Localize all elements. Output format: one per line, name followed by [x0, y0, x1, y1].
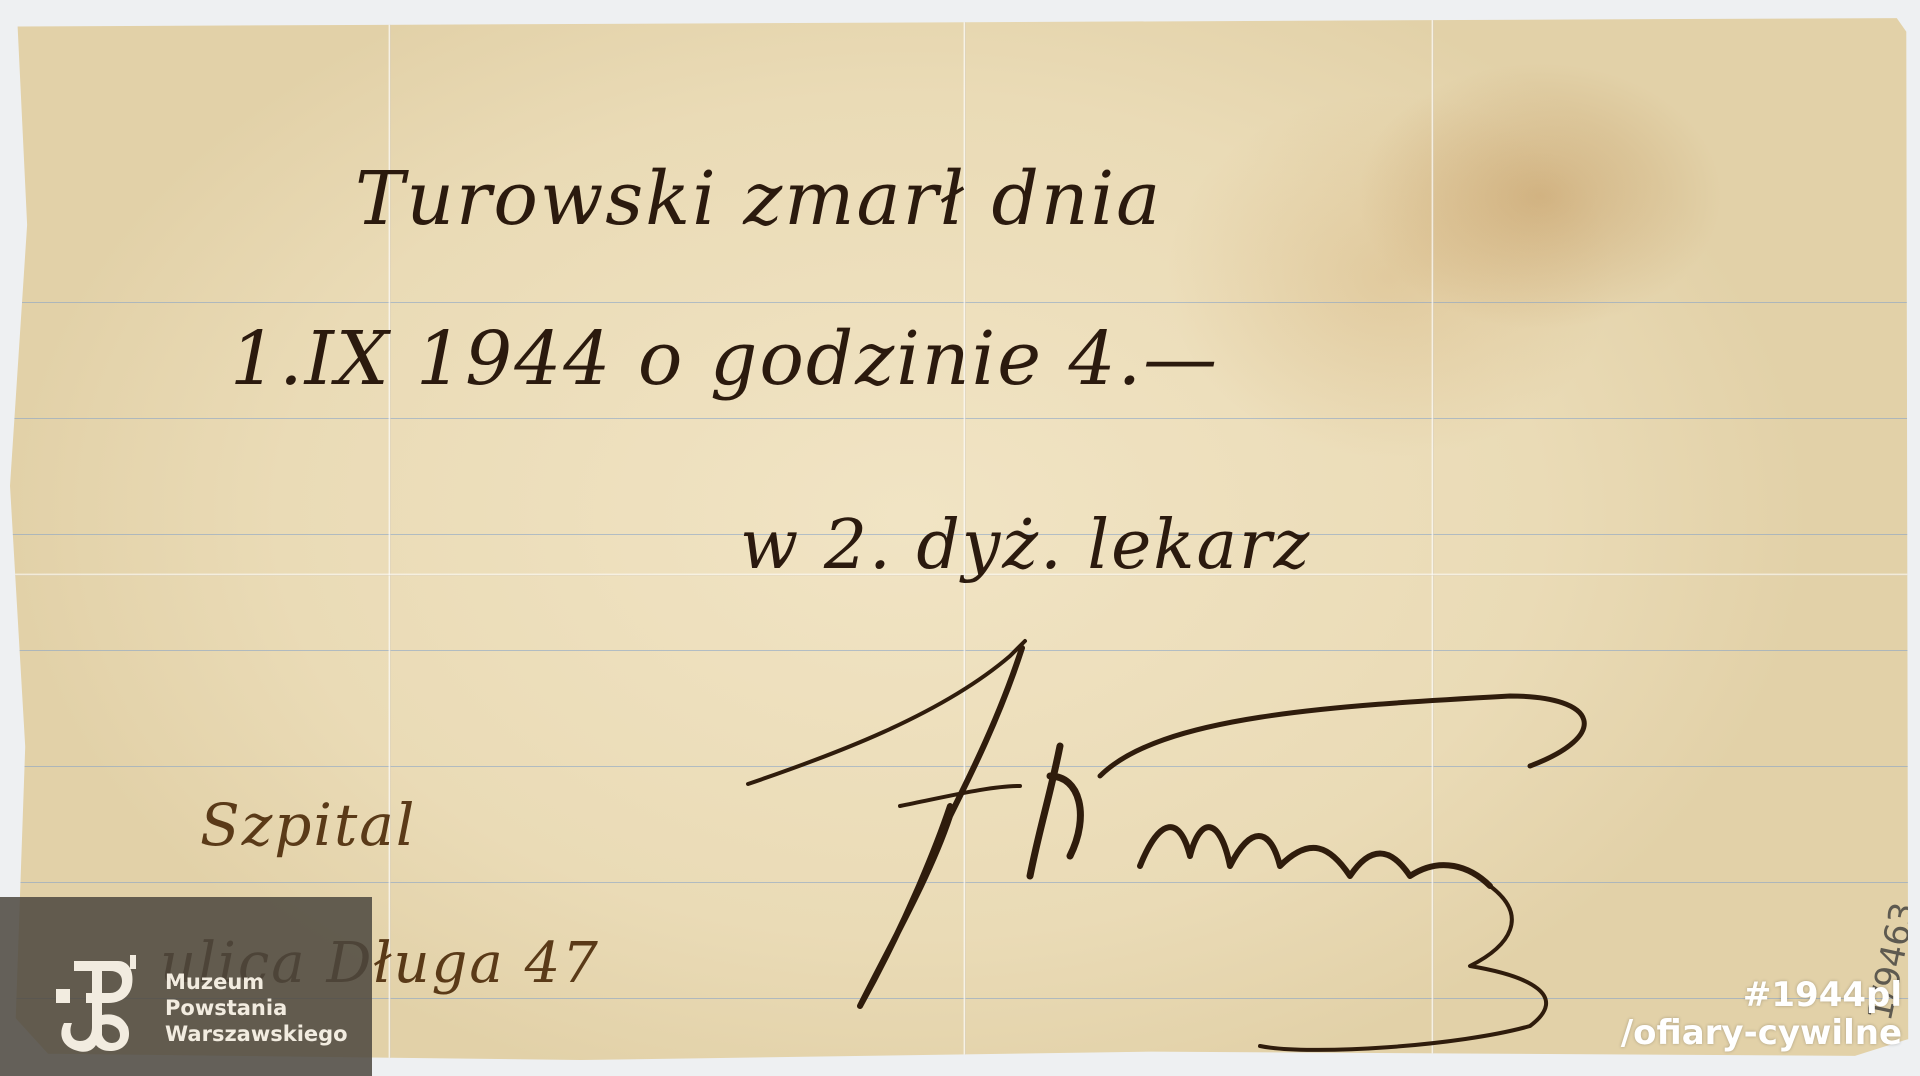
museum-logo-badge[interactable]: Muzeum Powstania Warszawskiego — [0, 897, 372, 1076]
kotwica-anchor-icon — [52, 955, 142, 1055]
hashtag-label: #1944pl — [1743, 975, 1902, 1015]
museum-name-line-2: Powstania — [165, 995, 348, 1021]
museum-name-line-3: Warszawskiego — [165, 1021, 348, 1047]
path-label: /ofiary-cywilne — [1621, 1013, 1902, 1053]
museum-name: Muzeum Powstania Warszawskiego — [165, 969, 348, 1047]
museum-name-line-1: Muzeum — [165, 969, 348, 995]
